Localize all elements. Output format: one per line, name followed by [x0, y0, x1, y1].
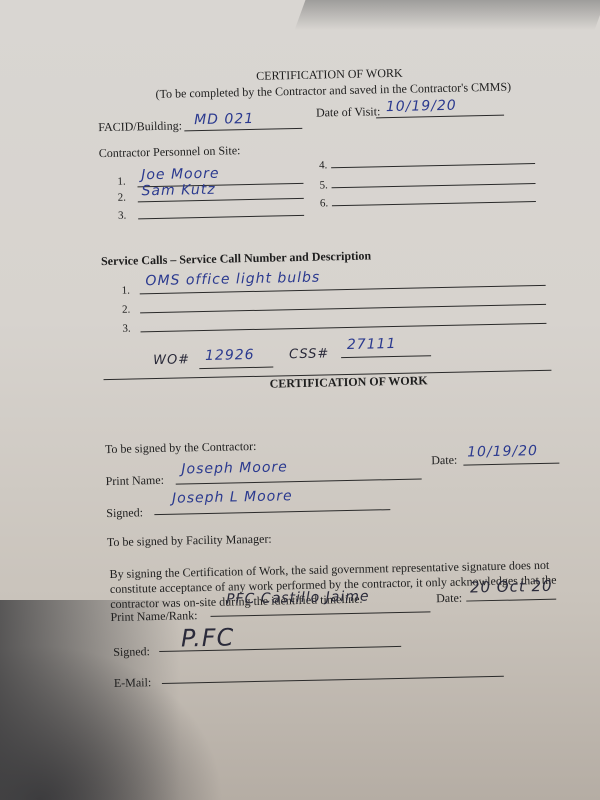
date-of-visit-label: Date of Visit:	[316, 104, 381, 120]
contractor-heading: To be signed by the Contractor:	[105, 439, 257, 457]
wo-value: 12926	[205, 347, 255, 364]
personnel-field-5[interactable]	[332, 183, 536, 188]
service-call-num-1: 1.	[122, 285, 130, 297]
date-of-visit-field[interactable]	[376, 115, 504, 119]
email-field[interactable]	[162, 676, 504, 684]
personnel-field-3[interactable]	[138, 215, 304, 219]
personnel-num-1: 1.	[117, 176, 125, 188]
date-of-visit-value: 10/19/20	[386, 98, 457, 115]
css-field[interactable]	[341, 355, 431, 358]
form-title: CERTIFICATION OF WORK	[256, 66, 403, 84]
contractor-print-value: Joseph Moore	[181, 459, 288, 477]
personnel-name-1: Joe Moore	[141, 166, 220, 184]
personnel-field-4[interactable]	[331, 163, 535, 168]
contractor-date-label: Date:	[431, 453, 457, 469]
contractor-signature-field[interactable]	[154, 509, 390, 515]
certification-form: CERTIFICATION OF WORK (To be completed b…	[0, 0, 600, 800]
personnel-field-6[interactable]	[332, 201, 536, 206]
personnel-num-5: 5.	[319, 179, 327, 191]
personnel-num-4: 4.	[319, 159, 327, 171]
personnel-name-2: Sam Kutz	[141, 182, 215, 200]
manager-print-label: Print Name/Rank:	[110, 608, 197, 625]
contractor-print-field[interactable]	[176, 478, 422, 484]
css-value: 27111	[347, 336, 397, 353]
personnel-num-2: 2.	[118, 192, 126, 204]
contractor-print-label: Print Name:	[106, 473, 165, 489]
manager-signature: P.FC	[181, 623, 235, 652]
contractor-signed-label: Signed:	[106, 505, 143, 521]
service-call-num-3: 3.	[122, 323, 130, 335]
service-calls-heading: Service Calls – Service Call Number and …	[101, 248, 371, 269]
personnel-num-3: 3.	[118, 210, 126, 222]
personnel-num-6: 6.	[320, 197, 328, 209]
manager-signed-label: Signed:	[113, 644, 150, 660]
facid-field[interactable]	[184, 128, 302, 131]
contractor-date-field[interactable]	[463, 463, 559, 466]
email-label: E-Mail:	[114, 675, 152, 691]
manager-heading: To be signed by Facility Manager:	[107, 532, 272, 550]
wo-label: WO#	[153, 352, 190, 368]
personnel-heading: Contractor Personnel on Site:	[99, 143, 241, 161]
manager-date-field[interactable]	[466, 599, 556, 602]
manager-date-value: 20 Oct 20	[470, 577, 553, 597]
wo-field[interactable]	[199, 367, 273, 370]
contractor-date-value: 10/19/20	[467, 443, 538, 460]
facid-label: FACID/Building:	[98, 118, 182, 135]
section-title: CERTIFICATION OF WORK	[270, 373, 428, 391]
service-call-num-2: 2.	[122, 304, 130, 316]
manager-print-value: PFC Castillo Jaime	[226, 589, 370, 608]
form-subtitle: (To be completed by the Contractor and s…	[155, 80, 511, 102]
service-call-field-2[interactable]	[140, 304, 546, 314]
manager-date-label: Date:	[436, 591, 462, 607]
service-call-field-3[interactable]	[141, 323, 547, 333]
manager-print-field[interactable]	[211, 611, 431, 617]
contractor-signature: Joseph L Moore	[172, 488, 293, 507]
css-label: CSS#	[289, 346, 330, 362]
facid-value: MD 021	[194, 111, 254, 128]
service-call-desc-1: OMS office light bulbs	[145, 270, 320, 290]
